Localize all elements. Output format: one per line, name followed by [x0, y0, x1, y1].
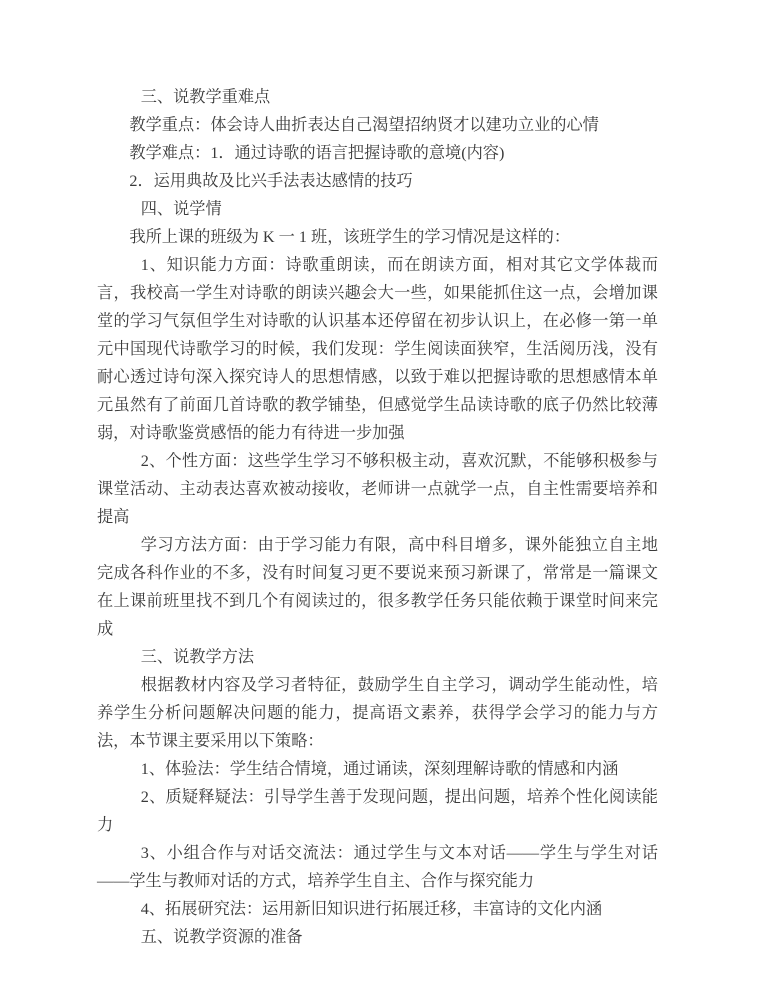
paragraph-strategy-intro: 根据教材内容及学习者特征，鼓励学生自主学习，调动学生能动性，培养学生分析问题解决…: [97, 671, 658, 755]
paragraph-teaching-key-point: 教学重点：体会诗人曲折表达自己渴望招纳贤才以建功立业的心情: [97, 111, 658, 139]
section-heading: 四、说学情: [97, 195, 658, 223]
document-page: 三、说教学重难点 教学重点：体会诗人曲折表达自己渴望招纳贤才以建功立业的心情 教…: [97, 83, 658, 951]
paragraph-method-experience: 1、体验法：学生结合情境，通过诵读，深刻理解诗歌的情感和内涵: [97, 755, 658, 783]
paragraph-class-intro: 我所上课的班级为 K 一 1 班，该班学生的学习情况是这样的：: [97, 223, 658, 251]
paragraph-knowledge-ability: 1、知识能力方面：诗歌重朗读，而在朗读方面，相对其它文学体裁而言，我校高一学生对…: [97, 251, 658, 447]
paragraph-teaching-difficulty: 教学难点：1．通过诗歌的语言把握诗歌的意境(内容): [97, 139, 658, 167]
section-heading: 三、说教学重难点: [97, 83, 658, 111]
paragraph-difficulty-item-2: 2．运用典故及比兴手法表达感情的技巧: [97, 167, 658, 195]
paragraph-method-questioning: 2、质疑释疑法：引导学生善于发现问题，提出问题，培养个性化阅读能力: [97, 783, 658, 839]
paragraph-learning-method: 学习方法方面：由于学习能力有限，高中科目增多，课外能独立自主地完成各科作业的不多…: [97, 531, 658, 643]
paragraph-personality: 2、个性方面：这些学生学习不够积极主动，喜欢沉默，不能够积极参与课堂活动、主动表…: [97, 447, 658, 531]
paragraph-method-group-dialogue: 3、小组合作与对话交流法：通过学生与文本对话——学生与学生对话——学生与教师对话…: [97, 839, 658, 895]
paragraph-method-extension: 4、拓展研究法：运用新旧知识进行拓展迁移，丰富诗的文化内涵: [97, 895, 658, 923]
section-heading: 三、说教学方法: [97, 643, 658, 671]
section-heading: 五、说教学资源的准备: [97, 923, 658, 951]
